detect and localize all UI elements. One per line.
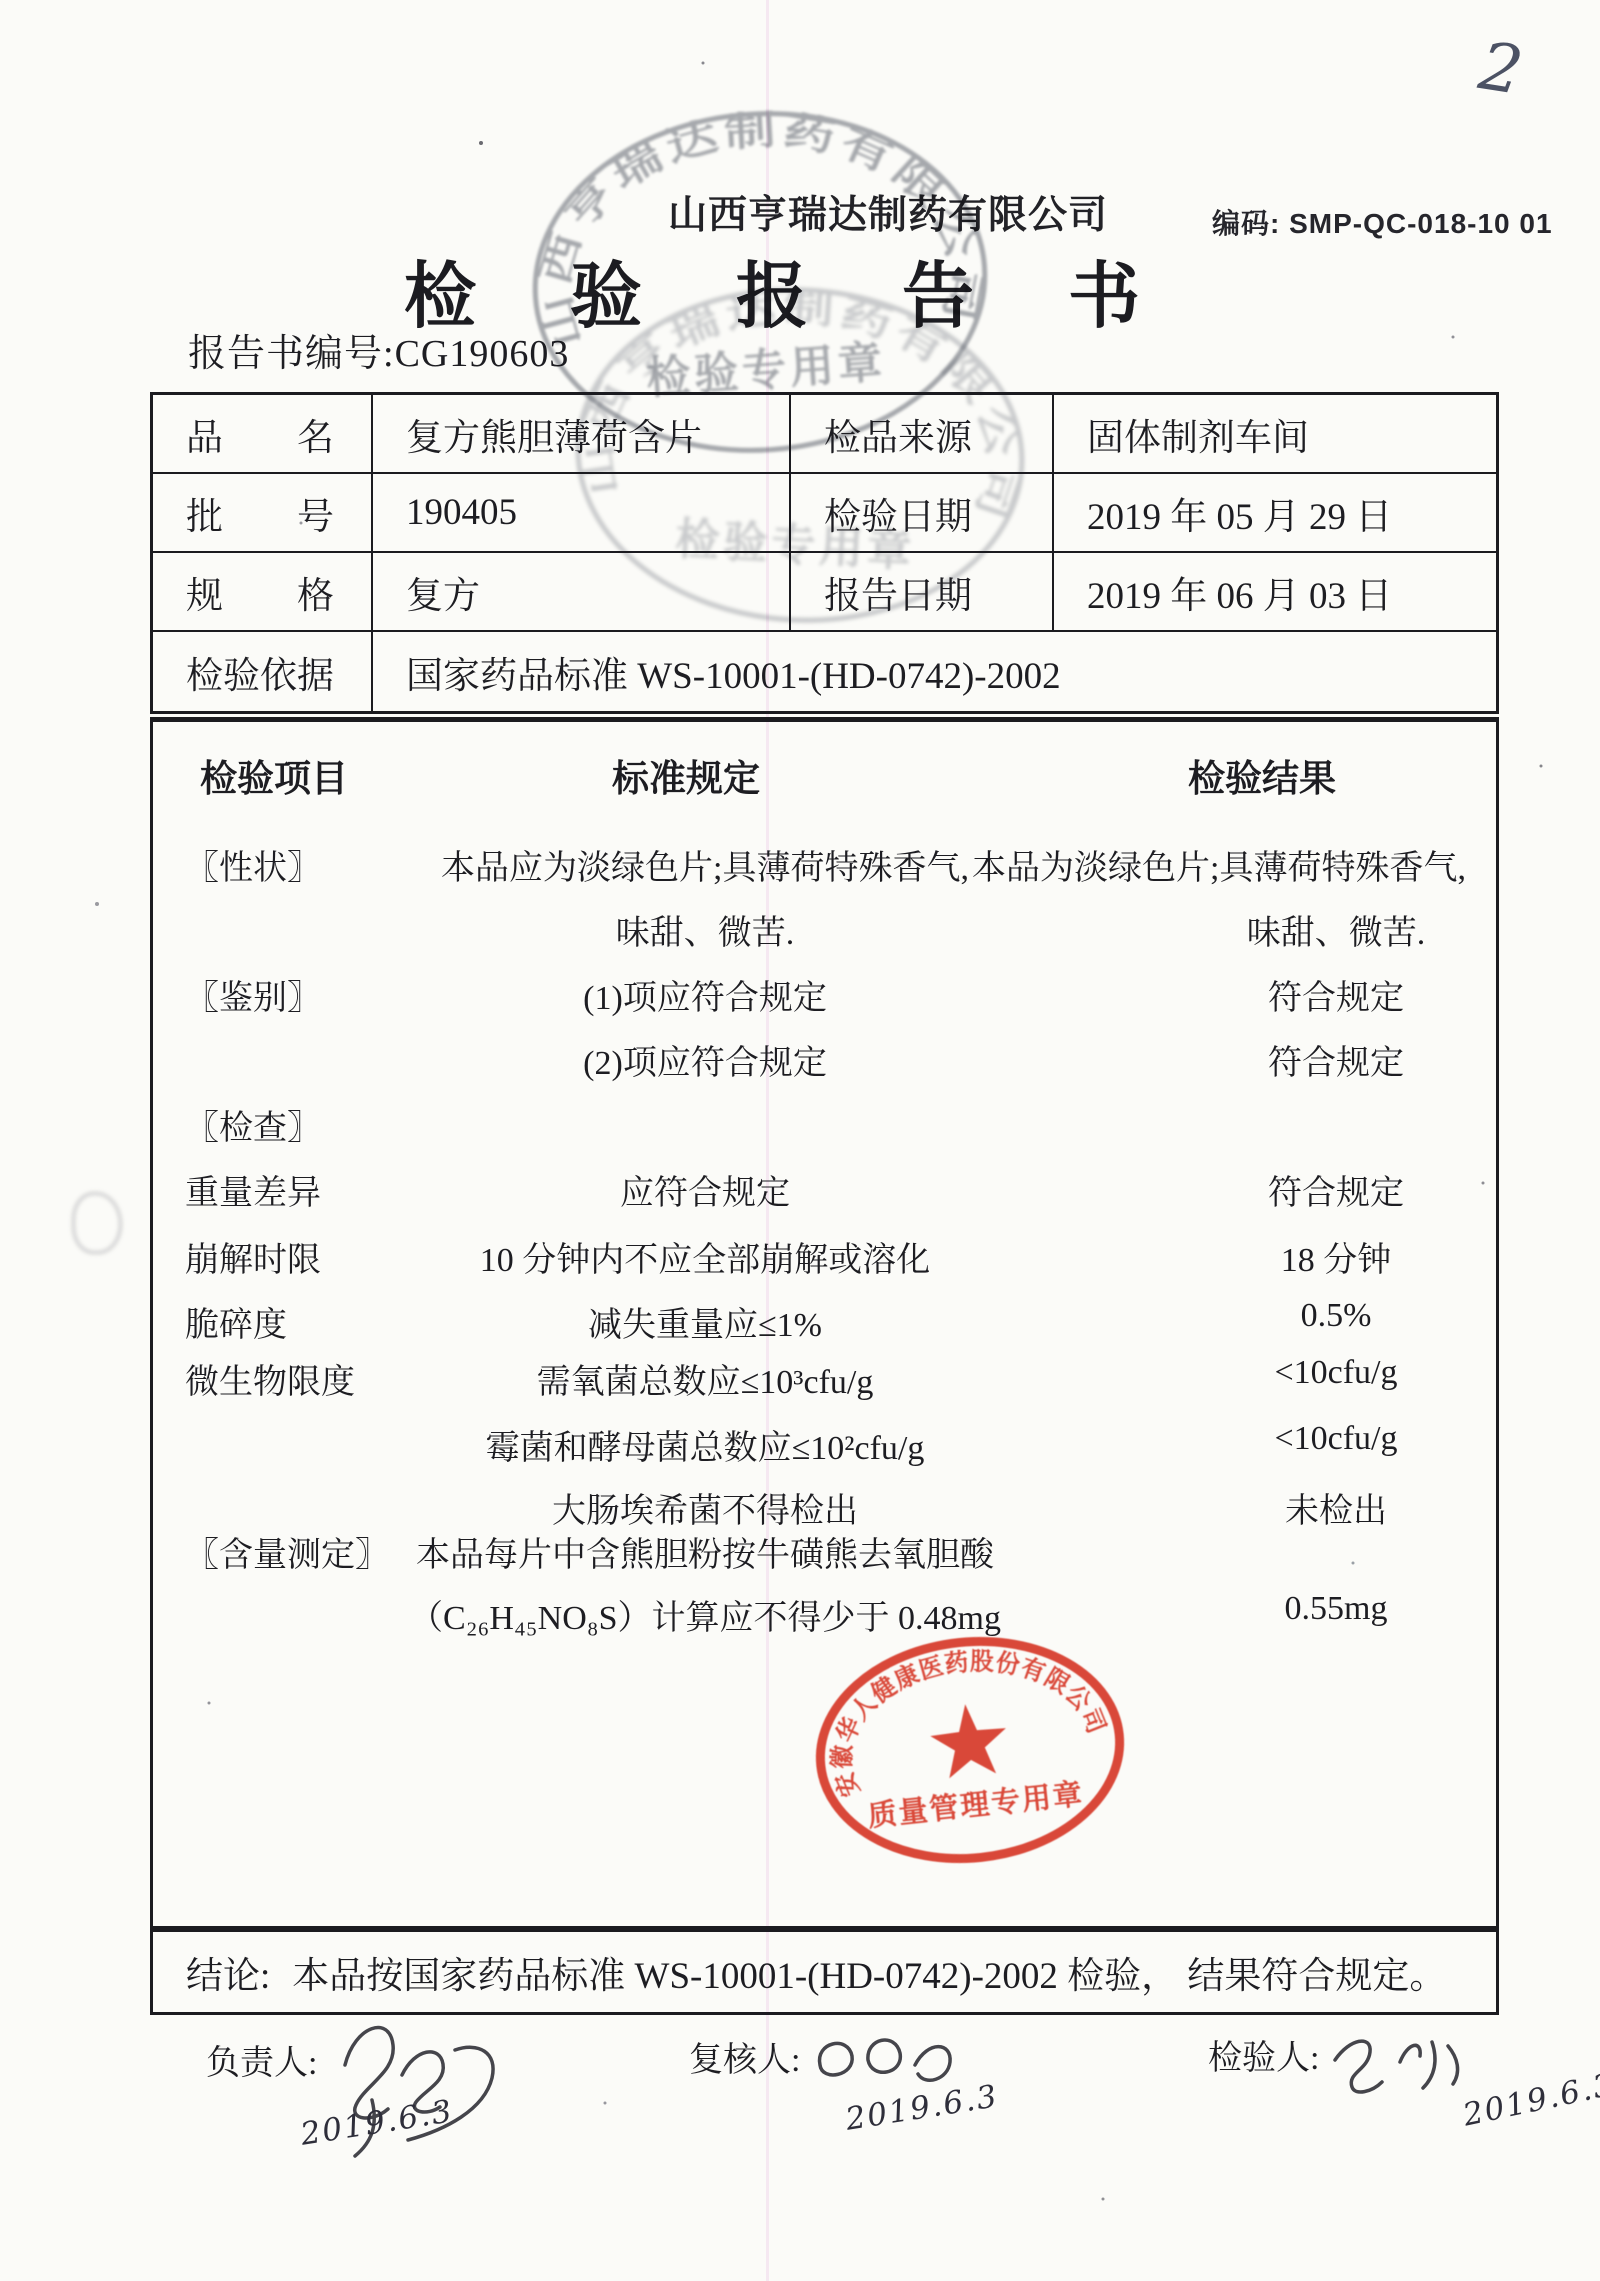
info-label: 规 格 xyxy=(153,553,373,632)
test-result: 符合规定 xyxy=(1180,970,1492,1019)
info-value: 复方熊胆薄荷含片 xyxy=(373,395,791,474)
red-seal-stamp: 安徽华人健康医药股份有限公司 质量管理专用章 xyxy=(790,1610,1170,1900)
info-label: 检验依据 xyxy=(153,632,373,711)
test-standard: 本品每片中含熊胆粉按牛磺熊去氧胆酸 xyxy=(360,1527,1050,1576)
document-code: 编码: SMP-QC-018-10 01 xyxy=(1212,202,1553,242)
test-standard: 大肠埃希菌不得检出 xyxy=(360,1453,1050,1532)
test-result: 0.5% xyxy=(1180,1297,1492,1335)
test-result: <10cfu/g xyxy=(1180,1354,1492,1392)
info-value: 2019 年 06 月 03 日 xyxy=(1054,553,1496,632)
column-header-result: 检验结果 xyxy=(1188,748,1336,802)
test-result: 本品为淡绿色片;具薄荷特殊香气, xyxy=(972,840,1500,889)
info-value: 国家药品标准 WS-10001-(HD-0742)-2002 xyxy=(373,632,1496,711)
reviewer-signature xyxy=(819,2040,950,2080)
test-result: 未检出 xyxy=(1180,1453,1492,1532)
test-result: 味甜、微苦. xyxy=(1180,905,1492,954)
red-seal-bottom-text: 质量管理专用章 xyxy=(866,1776,1085,1832)
info-label: 检品来源 xyxy=(791,395,1054,474)
sample-info-table: 品 名 复方熊胆薄荷含片 检品来源 固体制剂车间 批 号 190405 检验日期… xyxy=(150,392,1499,714)
test-standard: 10 分钟内不应全部崩解或溶化 xyxy=(360,1232,1050,1281)
test-result: 0.55mg xyxy=(1180,1590,1492,1628)
code-label: 编码: xyxy=(1212,208,1280,239)
info-label: 检验日期 xyxy=(791,474,1054,553)
column-header-item: 检验项目 xyxy=(200,748,348,802)
test-item: 〖含量测定〗 xyxy=(185,1527,389,1576)
test-item: 微生物限度 xyxy=(185,1354,355,1403)
test-standard: 减失重量应≤1% xyxy=(360,1297,1050,1346)
test-item: 〖性状〗 xyxy=(185,840,321,889)
test-item: 崩解时限 xyxy=(185,1232,321,1281)
info-value: 2019 年 05 月 29 日 xyxy=(1054,474,1496,553)
handwritten-signatures xyxy=(0,1990,1600,2210)
test-result: 符合规定 xyxy=(1180,1035,1492,1084)
star-icon xyxy=(927,1700,1010,1780)
inspection-report-page: 2 山西亨瑞达制药有限公司 检验报告书 编码: SMP-QC-018-10 01… xyxy=(0,0,1600,2281)
test-standard: (2)项应符合规定 xyxy=(360,1035,1050,1084)
info-label: 品 名 xyxy=(153,395,373,474)
info-label: 报告日期 xyxy=(791,553,1054,632)
column-header-standard: 标准规定 xyxy=(612,748,760,802)
test-item: 〖检查〗 xyxy=(185,1100,321,1149)
test-item: 〖鉴别〗 xyxy=(185,970,321,1019)
test-result: 18 分钟 xyxy=(1180,1232,1492,1281)
test-standard: 需氧菌总数应≤10³cfu/g xyxy=(360,1354,1050,1403)
info-value: 190405 xyxy=(373,474,791,553)
report-number-label: 报告书编号: xyxy=(188,333,395,375)
test-result: 符合规定 xyxy=(1180,1165,1492,1214)
info-label: 批 号 xyxy=(153,474,373,553)
info-value: 固体制剂车间 xyxy=(1054,395,1496,474)
test-item: 脆碎度 xyxy=(185,1297,287,1346)
handwritten-page-number: 2 xyxy=(1474,27,1528,110)
test-item: 重量差异 xyxy=(185,1165,321,1214)
margin-smudge xyxy=(72,1192,122,1254)
test-standard: (1)项应符合规定 xyxy=(360,970,1050,1019)
test-standard: 味甜、微苦. xyxy=(360,905,1050,954)
info-value: 复方 xyxy=(373,553,791,632)
inspector-signature xyxy=(1335,2041,1458,2092)
test-standard: 本品应为淡绿色片;具薄荷特殊香气, xyxy=(360,840,1050,889)
code-value: SMP-QC-018-10 01 xyxy=(1289,208,1552,239)
test-standard: 应符合规定 xyxy=(360,1165,1050,1214)
scan-noise-specks xyxy=(0,0,2,2)
